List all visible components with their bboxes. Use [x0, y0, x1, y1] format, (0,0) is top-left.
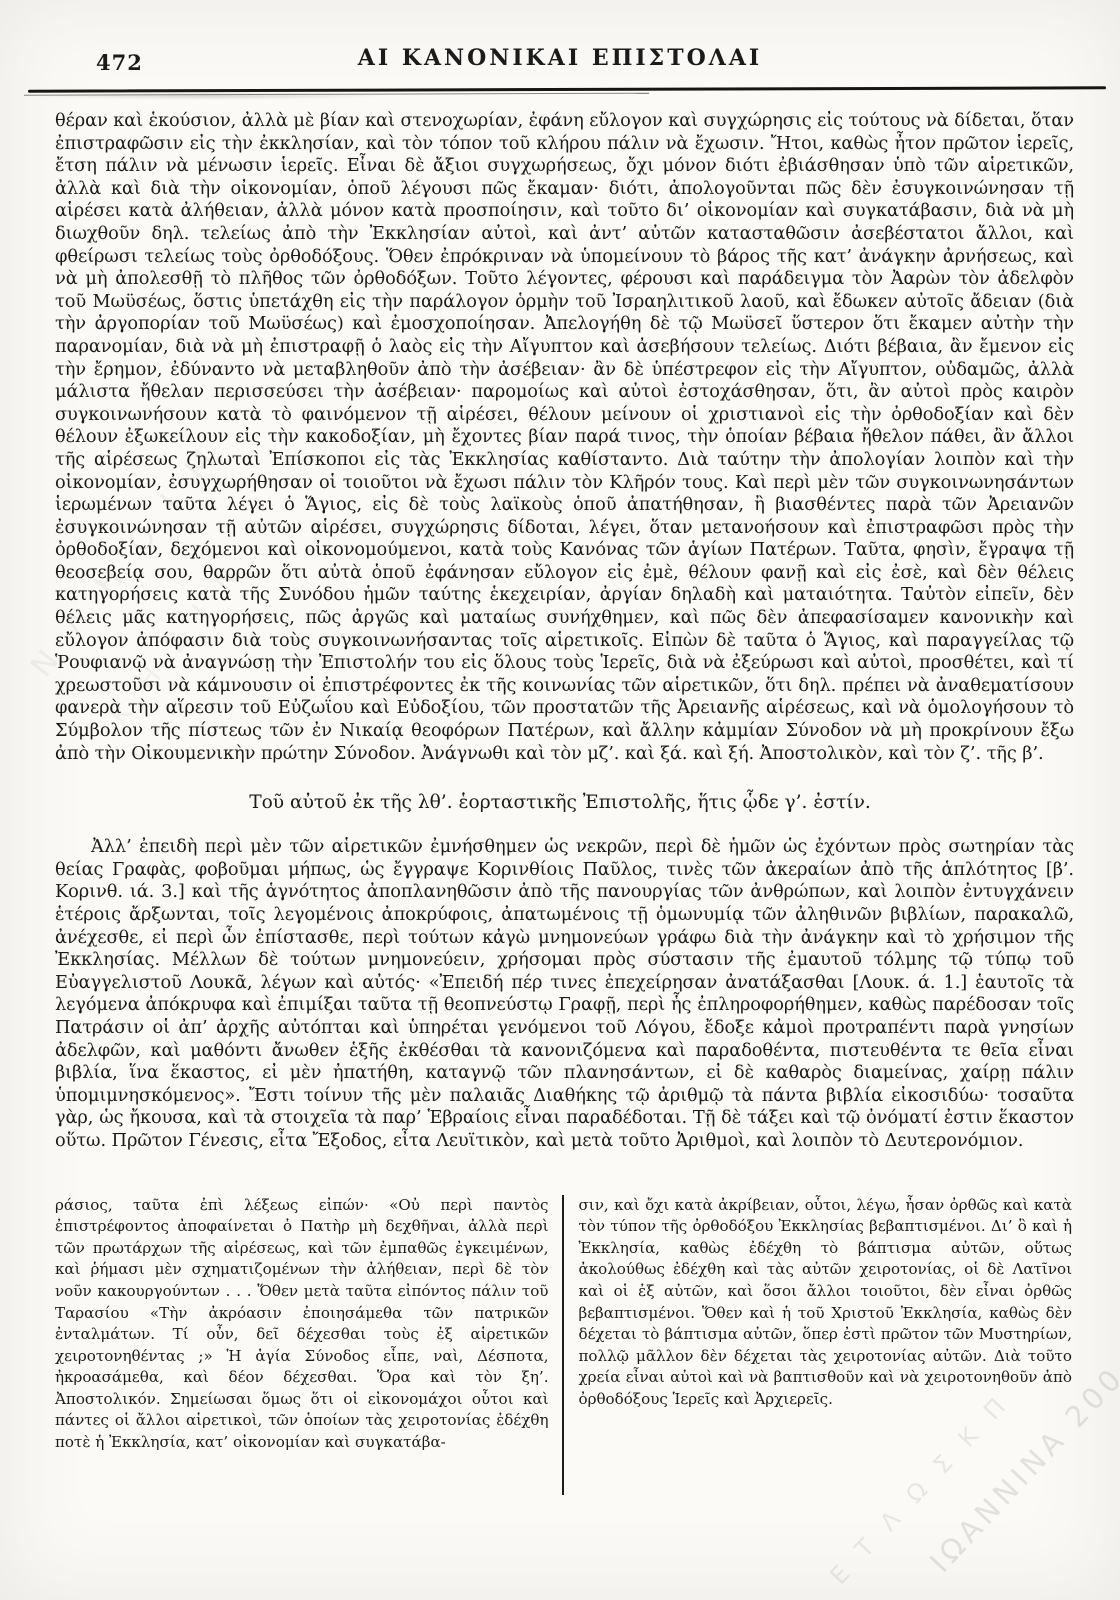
body-paragraph-2: Ἀλλ’ ἐπειδὴ περὶ μὲν τῶν αἱρετικῶν ἐμνήσ…	[55, 836, 1074, 1152]
section-heading: Τοῦ αὐτοῦ ἐκ τῆς λθ’. ἑορταστικῆς Ἐπιστο…	[0, 792, 1120, 813]
footnote-right-column: σιν, καὶ ὄχι κατὰ ἀκρίβειαν, οὗτοι, λέγω…	[564, 1195, 1073, 1411]
scanned-book-page: Ν Λ Η Ο Ι Μ Κ Η Σ Ι Ν Ε Τ Λ Ω Σ Κ Π ΙΩΑΝ…	[0, 0, 1120, 1600]
footnote-left-column: ράσιος, ταῦτα ἐπὶ λέξεως εἰπών· «Οὐ περὶ…	[55, 1195, 562, 1454]
body-paragraph-1: θέραν καὶ ἑκούσιον, ἀλλὰ μὲ βίαν καὶ στε…	[55, 110, 1074, 765]
running-header: 472 ΑΙ ΚΑΝΟΝΙΚΑΙ ΕΠΙΣΤΟΛΑΙ	[0, 0, 1120, 102]
page-title: ΑΙ ΚΑΝΟΝΙΚΑΙ ΕΠΙΣΤΟΛΑΙ	[0, 45, 1120, 71]
header-rule	[28, 86, 1106, 92]
footnote-section: ράσιος, ταῦτα ἐπὶ λέξεως εἰπών· «Οὐ περὶ…	[55, 1195, 1072, 1495]
